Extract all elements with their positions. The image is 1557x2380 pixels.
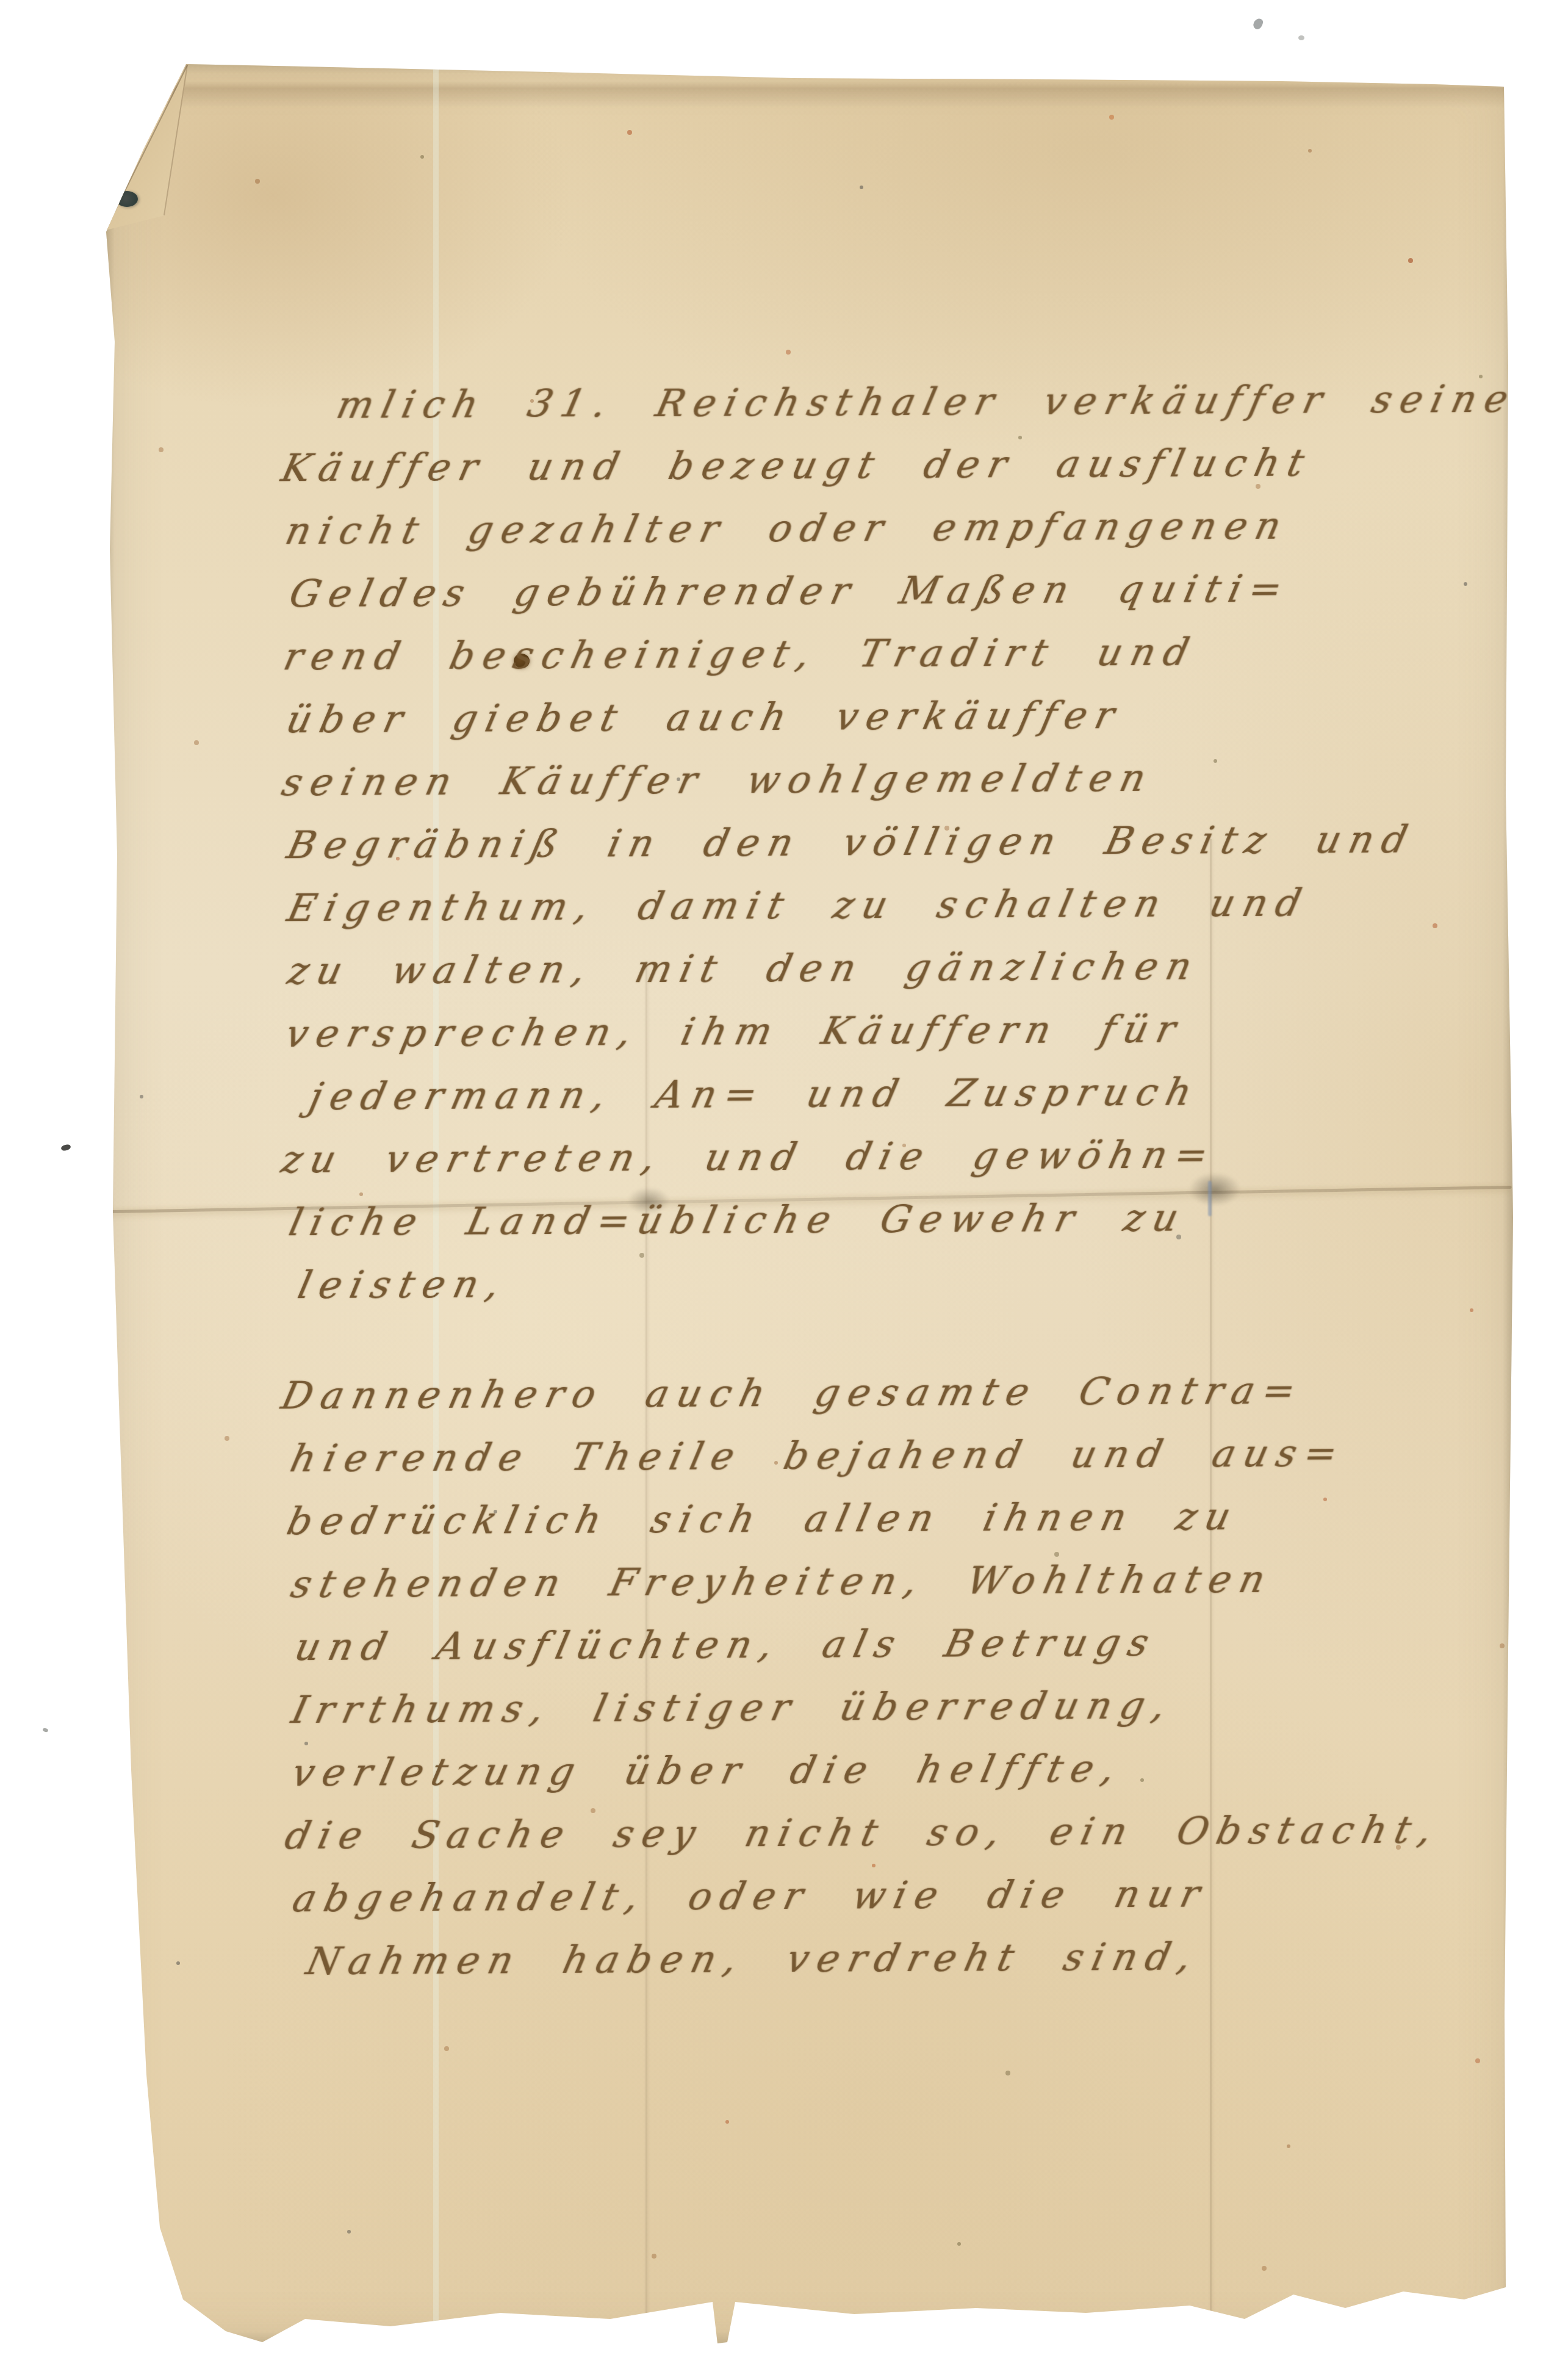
handwritten-line: rend bescheiniget, Tradirt und	[278, 619, 1508, 688]
scanner-dirt-mark	[42, 1728, 49, 1733]
handwritten-line: nicht gezahlter oder empfangenen	[279, 493, 1508, 563]
ink-blot	[116, 191, 138, 207]
handwritten-line: Irrthums, listiger überredung,	[286, 1672, 1514, 1742]
handwritten-line: zu walten, mit den gänzlichen	[282, 933, 1510, 1003]
handwritten-line: Geldes gebührender Maßen quiti=	[283, 556, 1508, 626]
handwritten-line: mlich 31. Reichsthaler verkäuffer seinen	[331, 367, 1507, 436]
scanner-dirt-mark	[60, 1144, 71, 1152]
scanner-dirt-mark	[1252, 17, 1264, 31]
handwritten-line: und Ausflüchten, als Betrugs	[289, 1609, 1513, 1679]
scanner-background: mlich 31. Reichsthaler verkäuffer seinen…	[0, 0, 1557, 2380]
handwritten-line: leisten,	[292, 1247, 1511, 1316]
handwritten-line: die Sache sey nicht so, ein Obstacht,	[279, 1798, 1514, 1867]
handwritten-line: Eigenthum, damit zu schalten und	[281, 870, 1509, 940]
handwritten-line: über giebet auch verkäuffer	[280, 682, 1508, 751]
handwritten-text: mlich 31. Reichsthaler verkäuffer seinen…	[286, 367, 1508, 1992]
handwritten-line: jedermann, An= und Zuspruch	[303, 1059, 1511, 1128]
handwritten-line: Käuffer und bezeugt der ausflucht	[275, 430, 1507, 500]
handwritten-line: seinen Käuffer wohlgemeldten	[276, 745, 1509, 814]
handwritten-line: liche Land=übliche Gewehr zu	[283, 1185, 1511, 1254]
scanner-dirt-mark	[1298, 35, 1304, 40]
handwritten-line: bedrücklich sich allen ihnen zu	[281, 1484, 1512, 1553]
handwritten-line: Begräbniß in den völligen Besitz und	[281, 807, 1509, 877]
handwritten-line: versprechen, ihm Käuffern für	[279, 996, 1510, 1066]
handwritten-line: verletzung über die helffte,	[286, 1735, 1514, 1805]
foxing-specks	[104, 58, 106, 60]
handwritten-line: zu vertreten, und die gewöhn=	[275, 1122, 1511, 1191]
handwritten-line: stehenden Freyheiten, Wohlthaten	[285, 1546, 1513, 1616]
manuscript-page: mlich 31. Reichsthaler verkäuffer seinen…	[104, 58, 1516, 2349]
handwritten-line: Nahmen haben, verdreht sind,	[300, 1924, 1515, 1992]
handwritten-line: abgehandelt, oder wie die nur	[287, 1861, 1515, 1930]
folded-corner	[104, 58, 305, 247]
handwritten-line: hierende Theile bejahend und aus=	[284, 1421, 1512, 1490]
handwritten-line: Dannenhero auch gesamte Contra=	[275, 1358, 1512, 1427]
